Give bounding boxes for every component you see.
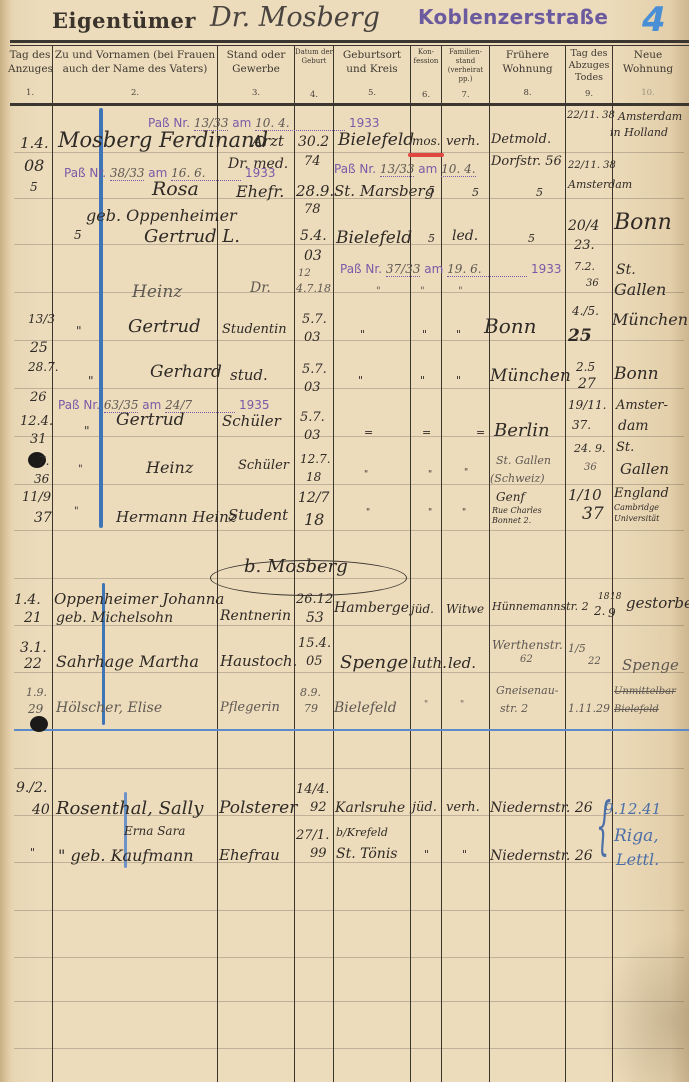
birth-date: 5.7. xyxy=(300,410,325,425)
maiden-name: geb. Michelsohn xyxy=(56,610,173,626)
owner-label: Eigentümer xyxy=(52,8,196,33)
ditto-mark: " xyxy=(462,848,467,861)
move-in-year: 37 xyxy=(34,510,52,526)
person-name: Rosa xyxy=(152,178,199,200)
move-out-month-b: 9 xyxy=(608,606,616,620)
ditto-mark: " xyxy=(76,324,82,338)
previous-address: Werthenstr. xyxy=(492,638,563,652)
ditto-mark: 5 xyxy=(472,186,479,199)
move-in-year: 21 xyxy=(24,610,42,626)
row-line xyxy=(14,484,684,485)
new-address-cont: Gallen xyxy=(620,460,669,478)
marital-status: verh. xyxy=(446,134,480,149)
birth-year: 05 xyxy=(306,654,323,669)
register-page: Eigentümer Dr. Mosberg Koblenzerstraße 4… xyxy=(0,0,689,1082)
move-in-year: 22 xyxy=(24,656,42,672)
occupation: Ehefrau xyxy=(219,846,280,864)
red-pencil-mark xyxy=(408,153,444,157)
previous-address-country: (Schweiz) xyxy=(490,472,545,485)
move-in-date: 28.7. xyxy=(28,360,59,374)
row-line xyxy=(14,1048,684,1049)
birth-year: 03 xyxy=(304,380,321,395)
previous-address: Berlin xyxy=(494,420,550,441)
marital-status: led. xyxy=(448,654,476,672)
occupation: Schüler xyxy=(222,412,281,430)
previous-address-street: str. 2 xyxy=(500,702,528,715)
move-out-year: 36 xyxy=(586,278,599,289)
ditto-mark: " xyxy=(456,328,461,341)
deportation-country: Lettl. xyxy=(616,850,659,869)
birth-date: 12 xyxy=(298,268,311,279)
ditto-mark: " xyxy=(74,506,79,517)
person-name: Gertrud L. xyxy=(144,226,240,247)
birth-date: 8.9. xyxy=(300,686,321,699)
ditto-mark: " xyxy=(84,424,90,438)
person-name: Gertrud xyxy=(128,316,201,337)
move-out-date: 1/5 xyxy=(568,642,586,655)
passport-stamp: Paß Nr. 37/33 am 19. 6. 1933 xyxy=(340,262,562,277)
occupation: Pflegerin xyxy=(220,700,280,715)
previous-address-street: Rue Charles Bonnet 2. xyxy=(492,506,564,526)
column-header-6: Kon-fession6. xyxy=(411,48,441,102)
birthplace: Hamberge xyxy=(334,600,409,616)
column-header-3: Stand oder Gewerbe3. xyxy=(218,48,294,102)
ditto-mark: " xyxy=(78,464,83,475)
birth-year: 03 xyxy=(304,330,321,345)
column-header-10: Neue Wohnung10. xyxy=(613,48,683,102)
ditto-mark: " xyxy=(360,328,365,341)
move-out-date: 4./5. xyxy=(572,304,599,318)
move-out-date: 7.2. xyxy=(574,260,595,273)
move-out-year: 25 xyxy=(568,326,592,346)
move-in-year: 36 xyxy=(34,472,49,486)
street-stamp: Koblenzerstraße xyxy=(418,5,608,29)
birth-year: 18 xyxy=(304,510,324,529)
birth-date: 30.2 xyxy=(298,134,329,150)
birth-year: 92 xyxy=(310,800,327,815)
header-rule-bottom xyxy=(10,103,689,106)
passport-stamp: Paß Nr. 13/33 am 10. 4. xyxy=(334,162,476,177)
move-in-year: 08 xyxy=(24,156,44,175)
new-address: Amsterdam xyxy=(618,110,682,123)
move-in-date: 12.4. xyxy=(20,414,53,429)
new-address: St. xyxy=(616,262,636,278)
confession: jüd. xyxy=(411,602,434,616)
person-name: Gerhard xyxy=(150,362,222,382)
column-divider xyxy=(489,45,490,1082)
marital-status: led. xyxy=(452,228,478,244)
move-out-date: 22/11. 38 xyxy=(567,110,615,121)
column-header-1: Tag des Anzuges1. xyxy=(8,48,52,102)
birth-date: 15.4. xyxy=(298,636,331,651)
blue-pencil-divider xyxy=(14,729,689,731)
move-in-year: 25 xyxy=(30,340,48,356)
new-address: Spenge xyxy=(622,656,679,674)
birthplace: Bielefeld xyxy=(338,130,414,150)
new-address-country: in Holland xyxy=(610,126,668,139)
previous-address: Niedernstr. 26 xyxy=(490,848,593,864)
house-number: 4 xyxy=(642,0,666,40)
move-out-date: 2.5 xyxy=(576,360,595,374)
birth-date: 5.7. xyxy=(302,312,327,327)
move-out-date: 1.11.29 xyxy=(568,702,610,715)
previous-address: Detmold. xyxy=(491,132,551,147)
person-name: Mosberg Ferdinand xyxy=(58,128,268,152)
ditto-mark: 5 xyxy=(528,232,535,245)
ditto-mark: " xyxy=(460,700,464,710)
move-in-date: 11/9 xyxy=(22,490,51,505)
new-address: Amsterdam xyxy=(568,178,632,191)
ditto-mark: " xyxy=(456,374,461,387)
ditto-mark: = xyxy=(422,426,431,439)
new-address: Amster- xyxy=(616,398,668,413)
new-address-cont: dam xyxy=(618,418,649,434)
move-out-year: 37 xyxy=(582,504,604,524)
move-out-day-a: 18 xyxy=(598,592,609,602)
birth-date: 12.7. xyxy=(300,452,331,466)
new-address-cont: Gallen xyxy=(614,280,666,299)
owner-name: Dr. Mosberg xyxy=(210,2,380,33)
birth-date: 27/1. xyxy=(296,828,329,843)
person-name: Gertrud xyxy=(116,410,185,430)
person-name: Heinz xyxy=(132,282,182,302)
previous-address: Bonn xyxy=(484,314,537,338)
column-divider xyxy=(52,45,53,1082)
new-address: München xyxy=(612,310,688,329)
ditto-mark: " xyxy=(422,328,427,341)
column-divider xyxy=(217,45,218,1082)
birth-date: 5.7. xyxy=(302,362,327,377)
birth-year: 79 xyxy=(304,702,318,715)
row-line xyxy=(14,957,684,958)
column-header-4: Datum der Geburt4. xyxy=(295,48,333,102)
deportation-date: 9.12.41 xyxy=(604,800,661,818)
birth-date: 26.12 xyxy=(296,592,333,607)
birthplace: Spenge xyxy=(340,652,408,673)
move-out-year: 27 xyxy=(578,376,596,392)
deportation-destination: Riga, xyxy=(614,826,659,846)
section-label: b. Mosberg xyxy=(244,556,348,577)
move-in-date: 7. xyxy=(38,454,49,468)
previous-address-number: 62 xyxy=(520,654,533,665)
move-in-date: 1.9. xyxy=(26,686,47,699)
move-out-date: 20/4 xyxy=(568,218,599,234)
new-address: Bonn xyxy=(614,210,672,235)
person-name: Sahrhage Martha xyxy=(56,652,199,671)
ink-blot xyxy=(30,716,48,732)
new-address: Bonn xyxy=(614,364,659,384)
person-name: Heinz xyxy=(146,458,193,477)
occupation-title: Dr. med. xyxy=(228,156,288,172)
column-header-8: Frühere Wohnung8. xyxy=(490,48,565,102)
move-out-year: 23. xyxy=(574,238,595,253)
ditto-mark: " xyxy=(366,508,370,518)
previous-address: Gneisenau- xyxy=(496,684,559,697)
ditto-mark: " xyxy=(88,374,94,388)
person-name: Oppenheimer Johanna xyxy=(54,590,224,608)
ditto-mark: = xyxy=(476,426,485,439)
occupation: Studentin xyxy=(222,322,287,337)
ditto-mark: " xyxy=(420,374,425,387)
row-line xyxy=(14,152,684,153)
row-line xyxy=(14,436,684,437)
birth-year: 18 xyxy=(306,470,321,484)
row-line xyxy=(14,1001,684,1002)
new-address: gestorben xyxy=(626,594,689,612)
birth-date: 12/7 xyxy=(298,490,329,506)
previous-address: Niedernstr. 26 xyxy=(490,800,593,816)
birth-date: 14/4. xyxy=(296,782,329,797)
page-edge xyxy=(0,0,10,1082)
birth-year: 74 xyxy=(304,154,321,169)
column-divider xyxy=(612,45,613,1082)
occupation: Rentnerin xyxy=(220,608,291,624)
new-address-struck-cont: Bielefeld xyxy=(614,704,659,715)
ditto-mark: 5 xyxy=(428,232,435,245)
birthplace-district: b/Krefeld xyxy=(336,826,388,839)
move-out-day-b: 18 xyxy=(610,592,621,602)
birth-year: 99 xyxy=(310,846,327,861)
occupation: Student xyxy=(228,506,288,524)
previous-address: Genf xyxy=(496,490,525,504)
birthplace: St. Marsberg xyxy=(334,182,434,200)
occupation: stud. xyxy=(230,366,268,384)
ditto-mark: " xyxy=(428,470,432,480)
previous-address: St. Gallen xyxy=(496,454,551,467)
header-rule-top-thin xyxy=(10,45,689,46)
maiden-name: geb. Oppenheimer xyxy=(86,206,237,225)
birth-year: 53 xyxy=(306,610,324,626)
occupation: Dr. xyxy=(250,280,271,296)
ditto-mark: = xyxy=(364,426,373,439)
ditto-mark: " xyxy=(464,468,468,478)
marital-status: verh. xyxy=(446,800,480,815)
birthplace: Bielefeld xyxy=(336,228,412,248)
ditto-mark: 5 xyxy=(30,180,38,194)
column-header-7: Familien-stand (verheirat pp.)7. xyxy=(442,48,489,102)
row-line xyxy=(14,292,684,293)
ditto-mark: " xyxy=(30,846,35,859)
column-divider xyxy=(565,45,566,1082)
row-line xyxy=(14,910,684,911)
ditto-mark: 5 xyxy=(428,184,435,197)
move-out-year: 22 xyxy=(588,656,601,667)
header-rule-top xyxy=(10,40,689,43)
ditto-mark: " xyxy=(424,700,428,710)
additional-name: Erna Sara xyxy=(124,824,185,838)
move-in-date: 1.4. xyxy=(14,592,41,608)
ditto-mark: " xyxy=(458,286,463,297)
move-in-year: 29 xyxy=(28,702,43,716)
move-out-date: 19/11. xyxy=(568,398,606,412)
column-divider xyxy=(441,45,442,1082)
new-address: England xyxy=(614,486,669,501)
move-out-year: 36 xyxy=(584,462,597,473)
new-address-cont: Cambridge Universität xyxy=(614,502,688,524)
birth-year: 03 xyxy=(304,248,322,264)
occupation: Haustoch. xyxy=(220,652,297,670)
birth-year: 78 xyxy=(304,202,321,217)
move-in-year: 26 xyxy=(30,390,47,405)
column-header-5: Geburtsort und Kreis5. xyxy=(334,48,410,102)
move-in-year: 40 xyxy=(32,802,50,818)
move-in-date: 3.1. xyxy=(20,640,47,656)
column-header-2: Zu und Vornamen (bei Frauen auch der Nam… xyxy=(53,48,217,102)
birth-year: 4.7.18 xyxy=(296,282,331,295)
ditto-mark: " xyxy=(462,508,466,518)
ditto-mark: " xyxy=(358,374,363,387)
column-divider xyxy=(410,45,411,1082)
occupation: Polsterer xyxy=(219,798,297,818)
birth-year: 03 xyxy=(304,428,321,443)
ditto-mark: 5 xyxy=(536,186,543,199)
move-out-year: 37. xyxy=(572,418,591,432)
previous-address: Hünnemannstr. 2 xyxy=(492,600,589,613)
confession: mos. xyxy=(412,134,441,148)
confession: luth. xyxy=(412,654,447,672)
ditto-mark: " xyxy=(364,470,368,480)
row-line xyxy=(14,530,684,531)
birthplace: Bielefeld xyxy=(334,700,397,716)
birthplace: St. Tönis xyxy=(336,846,397,862)
ditto-mark: 5 xyxy=(74,228,82,242)
move-out-month-a: 2. xyxy=(594,604,605,618)
birth-date: 5.4. xyxy=(300,228,327,244)
confession: jüd. xyxy=(412,800,437,815)
person-name: Rosenthal, Sally xyxy=(56,798,203,819)
marital-status: Witwe xyxy=(446,602,484,616)
move-in-date: 9./2. xyxy=(16,780,47,796)
ditto-mark: " xyxy=(376,286,381,297)
column-header-9: Tag des Abzuges Todes9. xyxy=(566,48,612,102)
previous-address-street: Dorfstr. 56 xyxy=(491,154,562,169)
person-name: Hölscher, Elise xyxy=(56,700,162,716)
maiden-name: " geb. Kaufmann xyxy=(58,846,194,865)
ditto-mark: " xyxy=(424,848,429,861)
ditto-mark: " xyxy=(420,286,425,297)
ditto-mark: " xyxy=(428,508,432,518)
previous-address: München xyxy=(490,366,571,386)
occupation: Arzt xyxy=(252,132,284,150)
new-address: St. xyxy=(616,440,634,455)
move-out-date: 1/10 xyxy=(568,486,602,504)
new-address-struck: Unmittelbar xyxy=(614,686,676,697)
move-in-date: 13/3 xyxy=(28,312,55,326)
birth-date: 28.9. xyxy=(296,182,334,200)
title-row: Eigentümer Dr. Mosberg Koblenzerstraße 4 xyxy=(0,0,689,42)
occupation: Schüler xyxy=(238,458,289,473)
row-line xyxy=(14,768,684,769)
move-in-date: 1.4. xyxy=(20,134,49,152)
move-out-date: 24. 9. xyxy=(574,442,606,455)
move-out-date: 22/11. 38 xyxy=(568,160,616,171)
person-name: Hermann Heinz xyxy=(116,508,237,526)
move-in-year: 31 xyxy=(30,432,47,447)
occupation: Ehefr. xyxy=(236,182,284,201)
birthplace: Karlsruhe xyxy=(335,800,405,816)
